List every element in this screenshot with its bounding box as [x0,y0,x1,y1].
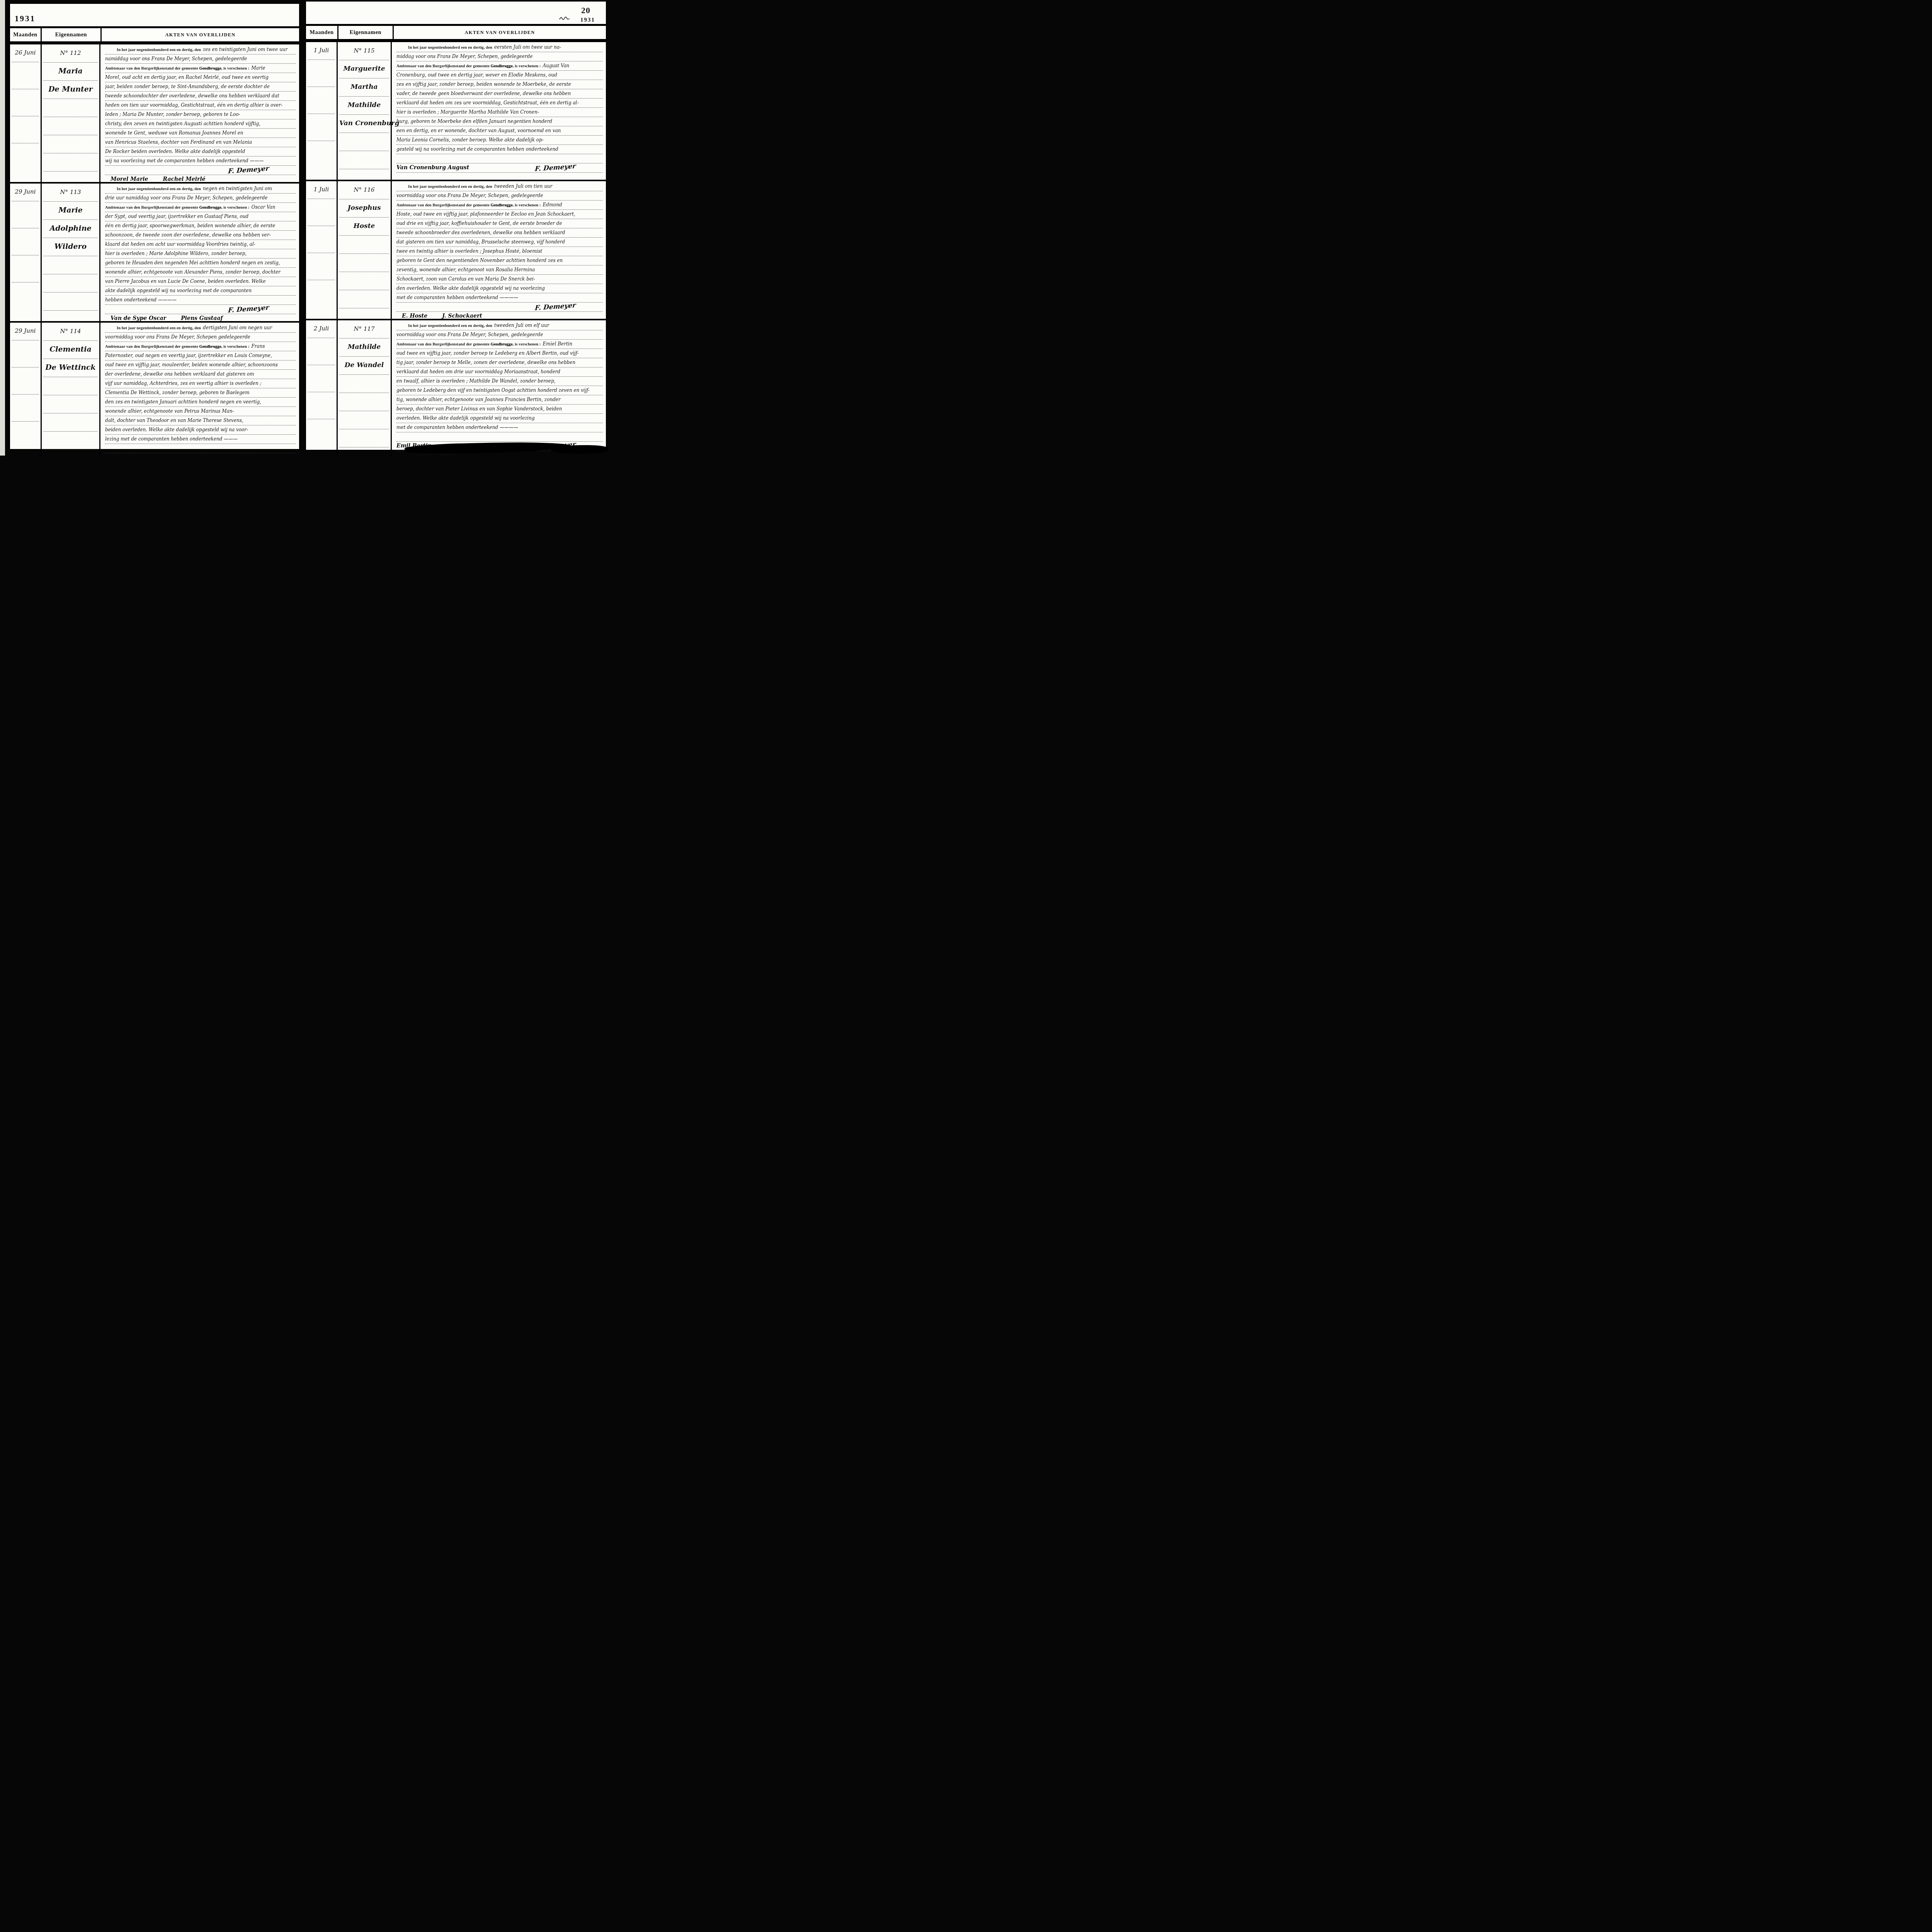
deceased-name [43,395,98,413]
act-line: Clementia De Wettinck, zonder beroep, ge… [105,388,296,398]
act-cell: In het jaar negentienhonderd een en dert… [100,184,299,321]
handwritten-text: en twaalf, alhier is overleden ; Mathild… [396,378,556,384]
act-line: drie uur namiddag voor ons Frans De Meye… [105,194,296,203]
deceased-name: Maria [43,63,98,81]
ruled-line [339,272,389,290]
handwritten-text: tweede schoondochter der overledene, dew… [105,93,279,99]
act-line: overleden. Welke akte dadelijk opgesteld… [396,414,603,423]
death-date: 29 Juni [12,184,39,201]
act-line: leden ; Maria De Munter, zonder beroep, … [105,110,296,119]
handwritten-text: der Sypt, oud veertig jaar, ijzertrekker… [105,214,248,219]
deceased-name [339,375,389,393]
act-line: burg, geboren te Moerbeke den elfden Jan… [396,117,603,126]
act-cell: In het jaar negentienhonderd een en dert… [392,320,606,456]
act-line: den zes en twintigsten Januari achttien … [105,398,296,407]
deceased-name: Mathilde [339,338,389,357]
deceased-name: Wildero [43,238,98,256]
act-line: Ambtenaar van den Burgerlijkenstand der … [105,64,296,73]
act-line: In het jaar negentienhonderd een en dert… [105,323,296,333]
handwritten-text: voormiddag voor ons Frans De Meyer, Sche… [396,193,543,198]
death-date: 1 Juli [308,42,335,60]
ruled-line [308,253,335,280]
act-line: wonende alhier, echtgenoote van Petrus M… [105,407,296,416]
printed-form-text: In het jaar negentienhonderd een en dert… [408,185,492,189]
handwritten-text: zes en twintigsten Juni om twee uur [203,47,287,52]
handwritten-text: tig, wonende alhier, echtgenoote van Joa… [396,397,561,402]
handwritten-text: wij na voorlezing met de comparanten heb… [105,158,264,163]
witness-signature-line: E. HosteJ. Schockaert [396,312,603,319]
ruled-line [12,340,39,367]
deceased-name [339,393,389,411]
act-line: tig, wonende alhier, echtgenoote van Joa… [396,395,603,405]
act-number: N° 115 [339,42,389,60]
act-cell: In het jaar negentienhonderd een en dert… [100,323,299,456]
handwritten-text: Cronenburg, oud twee en dertig jaar, wev… [396,72,557,78]
handwritten-text: twee en twintig alhier is overleden ; Jo… [396,248,542,254]
month-cell: 2 Juli [306,320,338,456]
ruled-line [308,419,335,431]
header-akten: AKTEN VAN OVERLIJDEN [102,28,299,41]
official-signature: F. Demeyer [534,301,576,313]
handwritten-text: van Pierre Jacobus en van Lucie De Coene… [105,279,266,284]
handwritten-text: Oscar Van [252,204,276,210]
handwritten-text: vijf uur namiddag, Achterdries, zes en v… [105,381,262,386]
ruled-line [339,411,389,429]
handwritten-text: oud drie en vijftig jaar, koffiehuishoud… [396,221,562,226]
handwritten-text: wonende te Gent, weduwe van Romanus Joan… [105,130,243,136]
act-line: In het jaar negentienhonderd een en dert… [105,184,296,194]
handwritten-text: burg, geboren te Moerbeke den elfden Jan… [396,119,552,124]
official-signature-line: F. Demeyer [105,305,296,314]
act-number: N° 112 [43,44,98,63]
ruled-line [308,60,335,87]
ruled-line [308,392,335,419]
scan-edge [0,0,5,456]
deceased-name [339,236,389,254]
ruled-line [12,201,39,228]
act-line: Hoste, oud twee en vijftig jaar, plafonn… [396,210,603,219]
act-number: N° 116 [339,181,389,199]
signature: Rachel Meirlé [163,175,205,182]
handwritten-text: August Van [543,63,570,68]
printed-form-text: Ambtenaar van den Burgerlijkenstand der … [105,206,199,210]
printed-form-text: , is verschenen : [221,66,250,71]
act-line: geboren te Ledeberg den vijf en twintigs… [396,386,603,395]
handwritten-text: akte dadelijk opgesteld wij na voorlezin… [105,288,252,293]
official-signature: F. Demeyer [534,162,576,174]
ruled-line [43,413,98,432]
month-cell: 29 Juni [10,323,42,456]
name-cell: N° 116 Josephus Hoste [338,181,392,319]
ruled-line [308,114,335,141]
month-cell: 1 Juli [306,42,338,180]
printed-form-text: In het jaar negentienhonderd een en dert… [117,187,201,191]
ruled-line [339,151,389,169]
month-cell: 26 Juni [10,44,42,182]
act-line: Ambtenaar van den Burgerlijkenstand der … [396,340,603,349]
header-maanden: Maanden [10,28,42,41]
ruled-line [43,135,98,153]
signature: F. Demeyer [240,453,274,456]
printed-form-text: , is verschenen : [513,342,541,347]
handwritten-text: tweeden Juli om tien uur [494,184,553,189]
act-line: jaar, beiden zonder beroep, te Sint-Aman… [105,82,296,92]
signature: Morel Marie [111,175,148,182]
name-cell: N° 114 Clementia De Wettinck [42,323,100,456]
official-signature: F. Demeyer [228,164,269,176]
handwritten-text: der overledene, dewelke ons hebben verkl… [105,371,254,377]
handwritten-text: met de comparanten hebben onderteekend —… [396,425,518,430]
header-maanden: Maanden [306,26,338,39]
act-line: met de comparanten hebben onderteekend —… [396,423,603,432]
ruled-line [308,365,335,392]
printed-form-text: In het jaar negentienhonderd een en dert… [117,48,201,52]
handwritten-text: hier is overleden ; Marie Adolphine Wild… [105,251,247,256]
handwritten-text: Morel, oud acht en dertig jaar, en Rache… [105,75,269,80]
table-header: Maanden Eigennamen AKTEN VAN OVERLIJDEN [306,26,606,41]
handwritten-text: verklaard dat heden om zes ure voormidda… [396,100,578,105]
signature: Piens Gustaaf [181,314,223,321]
handwritten-text: Hoste, oud twee en vijftig jaar, plafonn… [396,211,575,217]
witness-signature-line: Van de Sype OscarPiens Gustaaf [105,314,296,321]
act-line: hier is overleden ; Marguerite Martha Ma… [396,108,603,117]
handwritten-text: Marie [252,65,265,71]
act-line: zes en vijftig jaar, zonder beroep, beid… [396,80,603,89]
handwritten-text: geboren te Heusden den negenden Mei acht… [105,260,280,265]
register-page-right: 20 1931 Maanden Eigennamen AKTEN VAN OVE… [306,2,606,450]
death-date: 29 Juni [12,323,39,340]
handwritten-text: leden ; Maria De Munter, zonder beroep, … [105,112,240,117]
ruled-line [12,228,39,255]
act-line: der overledene, dewelke ons hebben verkl… [105,370,296,379]
act-line: en twaalf, alhier is overleden ; Mathild… [396,377,603,386]
printed-form-text: Ambtenaar van den Burgerlijkenstand der … [105,345,199,349]
handwritten-text: zeventig, wonende alhier, echtgenoot van… [396,267,535,272]
printed-form-text: Ambtenaar van den Burgerlijkenstand der … [396,64,491,68]
act-line: dat gisteren om tien uur namiddag, Bruss… [396,238,603,247]
handwritten-text: oud twee en vijftig jaar, zonder beroep … [396,350,579,356]
handwritten-text: wonende alhier, echtgenoote van Alexande… [105,269,281,275]
ruled-line [12,422,39,433]
witness-signature-line: Frans PaternosterLouis ComeyneF. Demeyer [105,453,296,456]
ruled-line [43,432,98,450]
handwritten-text: Schockaert, zoon van Carolus en van Mari… [396,276,535,282]
header-eigennamen: Eigennamen [42,28,102,41]
handwritten-text: dalt, dochter van Theodoor en van Marie … [105,418,243,423]
handwritten-text: voormiddag voor ons Frans De Meyer, Sche… [105,334,250,340]
handwritten-text: middag voor ons Frans De Meyer, Schepen,… [396,54,533,59]
gemeente-name: Gendbrugge [199,206,221,210]
handwritten-text: overleden. Welke akte dadelijk opgesteld… [396,415,535,421]
act-line: tig jaar, zonder beroep te Melle, zonen … [396,358,603,367]
month-cell: 29 Juni [10,184,42,321]
handwritten-text: klaard dat heden om acht uur voormiddag … [105,241,255,247]
act-line: Ambtenaar van den Burgerlijkenstand der … [105,342,296,351]
gemeente-name: Gendbrugge [199,66,221,71]
handwritten-text: wonende alhier, echtgenoote van Petrus M… [105,408,234,414]
act-line: voormiddag voor ons Frans De Meyer, Sche… [105,333,296,342]
act-line: tweede schoonbroeder des overledenen, de… [396,228,603,238]
act-line: van Pierre Jacobus en van Lucie De Coene… [105,277,296,286]
act-line: oud twee en vijftig jaar, zonder beroep … [396,349,603,358]
handwritten-text: dat gisteren om tien uur namiddag, Bruss… [396,239,565,245]
month-cell: 1 Juli [306,181,338,319]
handwritten-text: christy, den zeven en twintigsten August… [105,121,260,126]
gemeente-name: Gendbrugge [491,342,513,347]
act-line: geboren te Heusden den negenden Mei acht… [105,259,296,268]
act-line: wonende alhier, echtgenoote van Alexande… [105,268,296,277]
entry-116: 1 Juli N° 116 Josephus Hoste In het [306,180,606,319]
handwritten-text: eersten Juli om twee uur na- [494,44,561,50]
gemeente-name: Gendbrugge [491,64,513,68]
handwritten-text: met de comparanten hebben onderteekend —… [396,295,518,300]
act-line: verklaard dat heden om drie uur voormidd… [396,367,603,377]
printed-form-text: In het jaar negentienhonderd een en dert… [408,46,492,50]
deceased-name [43,377,98,395]
printed-form-text: , is verschenen : [513,64,541,68]
deceased-name: De Wandel [339,357,389,375]
handwritten-text: Clementia De Wettinck, zonder beroep, ge… [105,390,250,395]
gemeente-name: Gendbrugge [491,203,513,207]
handwritten-text: heden om tien uur voormiddag, Gestichtst… [105,102,282,108]
act-line: geboren te Gent den negentienden Novembe… [396,256,603,265]
deceased-name: Marguerite [339,60,389,78]
ruled-line [12,116,39,143]
act-number: N° 117 [339,320,389,338]
handwritten-text: jaar, beiden zonder beroep, te Sint-Aman… [105,84,270,89]
deceased-name [43,99,98,117]
handwritten-text: Maria Leonia Cornelis, zonder beroep. We… [396,137,544,143]
header-akten: AKTEN VAN OVERLIJDEN [394,26,606,39]
act-line: Schockaert, zoon van Carolus en van Mari… [396,275,603,284]
name-cell: N° 115 Marguerite Martha Mathilde Van Cr… [338,42,392,180]
handwritten-text: Emiel Bertin [543,341,573,347]
act-cell: In het jaar negentienhonderd een en dert… [392,181,606,319]
handwritten-text: Paternoster, oud negen en veertig jaar, … [105,353,272,358]
entry-113: 29 Juni N° 113 Marie Adolphine Wildero [10,182,299,321]
act-line: schoonzoon, de tweede zoon der overleden… [105,231,296,240]
handwritten-text: van Henricus Staelens, dochter van Ferdi… [105,139,252,145]
act-line: klaard dat heden om acht uur voormiddag … [105,240,296,249]
death-date: 2 Juli [308,320,335,338]
signature: Louis Comeyne [180,453,226,456]
handwritten-text: drie uur namiddag voor ons Frans De Meye… [105,195,268,201]
register-table-right: Maanden Eigennamen AKTEN VAN OVERLIJDEN … [306,24,606,450]
act-line: oud twee en vijftig jaar, mouleerder, be… [105,361,296,370]
ruled-line [12,62,39,89]
act-line: één en dertig jaar, spoorwegwerkman, bei… [105,221,296,231]
act-line: Cronenburg, oud twee en dertig jaar, wev… [396,71,603,80]
act-line: Paternoster, oud negen en veertig jaar, … [105,351,296,361]
deceased-name: Mathilde [339,97,389,115]
act-line: heden om tien uur voormiddag, Gestichtst… [105,101,296,110]
act-line: Ambtenaar van den Burgerlijkenstand der … [105,203,296,212]
handwritten-text: hier is overleden ; Marguerite Martha Ma… [396,109,539,115]
ruled-line [43,153,98,172]
handwritten-text: verklaard dat heden om drie uur voormidd… [396,369,560,374]
act-line: Morel, oud acht en dertig jaar, en Rache… [105,73,296,82]
official-signature-line [105,444,296,453]
handwritten-text: Edmond [543,202,562,207]
ruled-line [308,226,335,253]
act-line: tweede schoondochter der overledene, dew… [105,92,296,101]
year-label: 1931 [15,14,36,24]
act-line: hier is overleden ; Marie Adolphine Wild… [105,249,296,259]
act-line: In het jaar negentienhonderd een en dert… [396,321,603,330]
deceased-name: Marie [43,202,98,220]
deceased-name: Adolphine [43,220,98,238]
handwritten-text: dertigsten Juni om negen uur [203,325,272,330]
deceased-name [339,254,389,272]
handwritten-text: Frans [252,344,265,349]
handwritten-text: lezing met de comparanten hebben onderte… [105,436,238,442]
act-line: lezing met de comparanten hebben onderte… [105,435,296,444]
act-line: beroep, dochter van Pieter Livinus en va… [396,405,603,414]
witness-signature-line [396,173,603,180]
act-line: In het jaar negentienhonderd een en dert… [396,182,603,191]
ink-blob [550,445,608,454]
death-date: 26 Juni [12,44,39,62]
act-line: middag voor ons Frans De Meyer, Schepen,… [396,52,603,61]
handwritten-text: De Rocker beiden overleden. Welke akte d… [105,149,245,154]
act-line: dalt, dochter van Theodoor en van Marie … [105,416,296,425]
handwritten-text: voormiddag voor ons Frans De Meyer, Sche… [396,332,543,337]
deceased-name: De Wettinck [43,359,98,377]
handwritten-text: één en dertig jaar, spoorwegwerkman, bei… [105,223,275,228]
official-signature-line: F. Demeyer [105,166,296,175]
act-line: Ambtenaar van den Burgerlijkenstand der … [396,61,603,71]
deceased-name: De Munter [43,81,98,99]
printed-form-text: In het jaar negentienhonderd een en dert… [408,324,492,328]
ruled-line [339,429,389,447]
ruled-line [308,87,335,114]
page-number: 20 [581,5,590,15]
signature: Van Cronenburg August [396,163,469,172]
act-cell: In het jaar negentienhonderd een en dert… [392,42,606,180]
ruled-line [308,199,335,226]
name-cell: N° 112 Maria De Munter [42,44,100,182]
handwritten-text: beroep, dochter van Pieter Livinus en va… [396,406,562,412]
act-line: Maria Leonia Cornelis, zonder beroep. We… [396,136,603,145]
register-table-left: Maanden Eigennamen AKTEN VAN OVERLIJDEN … [10,26,299,449]
act-line: twee en twintig alhier is overleden ; Jo… [396,247,603,256]
official-signature: F. Demeyer [228,303,269,315]
act-line: vijf uur namiddag, Achterdries, zes en v… [105,379,296,388]
handwritten-text: tig jaar, zonder beroep te Melle, zonen … [396,360,575,365]
printed-form-text: Ambtenaar van den Burgerlijkenstand der … [396,342,491,347]
entry-117: 2 Juli N° 117 Mathilde De Wandel In [306,319,606,456]
register-page-left: 1931 Maanden Eigennamen AKTEN VAN OVERLI… [9,4,299,449]
ruled-line [12,282,39,294]
ruled-line [43,274,98,293]
handwritten-text: geboren te Gent den negentienden Novembe… [396,258,563,263]
act-line: voormiddag voor ons Frans De Meyer, Sche… [396,191,603,201]
ruled-line [308,280,335,292]
ruled-line [12,395,39,422]
handwritten-text: oud twee en vijftig jaar, mouleerder, be… [105,362,278,367]
deceased-name: Van Cronenburg [339,115,389,133]
act-line: De Rocker beiden overleden. Welke akte d… [105,147,296,156]
register-scan: 1931 Maanden Eigennamen AKTEN VAN OVERLI… [0,0,617,456]
ruled-line [12,143,39,155]
table-header: Maanden Eigennamen AKTEN VAN OVERLIJDEN [10,28,299,43]
official-signature-line: F. Demeyer [396,303,603,312]
printed-form-text: Ambtenaar van den Burgerlijkenstand der … [396,203,491,207]
act-line: In het jaar negentienhonderd een en dert… [105,45,296,54]
printed-form-text: , is verschenen : [221,206,250,210]
handwritten-text: den zes en twintigsten Januari achttien … [105,399,261,405]
act-line: verklaard dat heden om zes ure voormidda… [396,99,603,108]
name-cell: N° 113 Marie Adolphine Wildero [42,184,100,321]
act-number: N° 114 [43,323,98,341]
ruled-line [339,290,389,308]
act-line: namiddag voor ons Frans De Meyer, Schepe… [105,54,296,64]
handwritten-text: namiddag voor ons Frans De Meyer, Schepe… [105,56,247,61]
official-signature-line: Van Cronenburg AugustF. Demeyer [396,163,603,173]
ruled-line [43,293,98,311]
signature: Frans Paternoster [111,453,165,456]
entry-112: 26 Juni N° 112 Maria De Munter In he [10,43,299,182]
entry-114: 29 Juni N° 114 Clementia De Wettinck [10,321,299,456]
act-line: voormiddag voor ons Frans De Meyer, Sche… [396,330,603,340]
ruled-line [12,255,39,282]
handwritten-text: gesteld wij na voorlezing met de compara… [396,146,558,152]
signature: J. Schockaert [442,312,482,319]
act-line: christy, den zeven en twintigsten August… [105,119,296,129]
handwritten-text: beiden overleden. Welke akte dadelijk op… [105,427,248,432]
deceased-name: Hoste [339,218,389,236]
act-line: vader, de tweede geen bloedverwant der o… [396,89,603,99]
deceased-name: Martha [339,78,389,97]
act-line: Ambtenaar van den Burgerlijkenstand der … [396,201,603,210]
deceased-name [43,256,98,274]
act-line: beiden overleden. Welke akte dadelijk op… [105,425,296,435]
ruled-line [339,133,389,151]
gemeente-name: Gendbrugge [199,345,221,349]
handwritten-text: negen en twintigsten Juni om [203,186,272,191]
signature: Van de Sype Oscar [111,314,166,321]
ruled-line [308,141,335,153]
header-eigennamen: Eigennamen [338,26,394,39]
name-cell: N° 117 Mathilde De Wandel [338,320,392,456]
act-line: wonende te Gent, weduwe van Romanus Joan… [105,129,296,138]
act-line: een en dertig, en er wonende, dochter va… [396,126,603,136]
handwritten-text: schoonzoon, de tweede zoon der overleden… [105,232,271,238]
act-line: oud drie en vijftig jaar, koffiehuishoud… [396,219,603,228]
deceased-name [43,117,98,135]
ruled-line [12,89,39,116]
handwritten-text: tweeden Juli om elf uur [494,323,549,328]
witness-signature-line: Morel MarieRachel Meirlé [105,175,296,182]
handwritten-text: hebben onderteekend ———— [105,297,177,303]
act-number: N° 113 [43,184,98,202]
act-cell: In het jaar negentienhonderd een en dert… [100,44,299,182]
act-line: der Sypt, oud veertig jaar, ijzertrekker… [105,212,296,221]
act-line: gesteld wij na voorlezing met de compara… [396,145,603,154]
act-line: In het jaar negentienhonderd een en dert… [396,43,603,52]
act-line: akte dadelijk opgesteld wij na voorlezin… [105,286,296,296]
ruled-line [308,338,335,365]
printed-form-text: , is verschenen : [221,345,250,349]
act-line: van Henricus Staelens, dochter van Ferdi… [105,138,296,147]
handwritten-text: een en dertig, en er wonende, dochter va… [396,128,561,133]
handwritten-text: zes en vijftig jaar, zonder beroep, beid… [396,82,571,87]
handwritten-text: den overleden. Welke akte dadelijk opges… [396,286,545,291]
handwritten-text: vader, de tweede geen bloedverwant der o… [396,91,571,96]
deceased-name: Josephus [339,199,389,218]
signature: E. Hoste [402,312,427,319]
printed-form-text: In het jaar negentienhonderd een en dert… [117,326,201,330]
